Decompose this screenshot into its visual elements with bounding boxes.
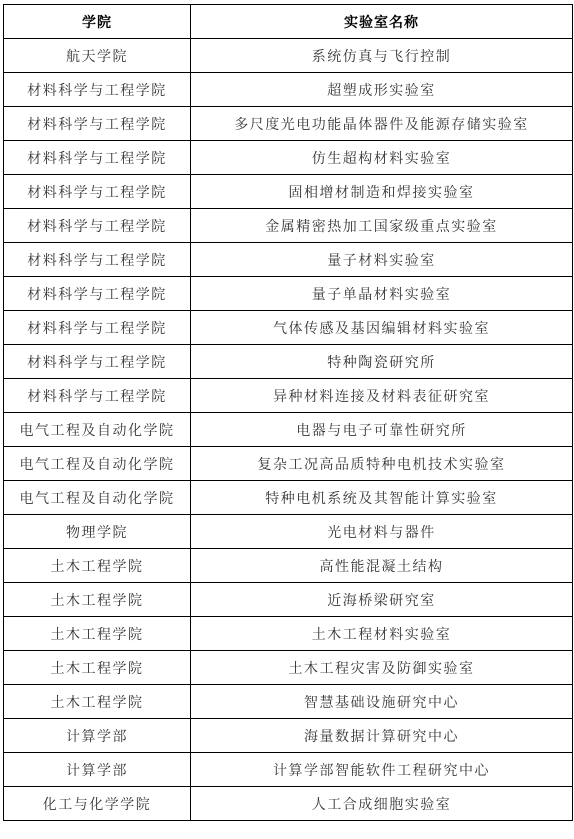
cell-college: 电气工程及自动化学院 — [4, 481, 191, 515]
table-row: 材料科学与工程学院超塑成形实验室 — [4, 73, 573, 107]
cell-college: 航天学院 — [4, 39, 191, 73]
table-row: 计算学部计算学部智能软件工程研究中心 — [4, 753, 573, 787]
table-row: 材料科学与工程学院仿生超构材料实验室 — [4, 141, 573, 175]
cell-college: 物理学院 — [4, 515, 191, 549]
cell-lab-name: 量子材料实验室 — [191, 243, 573, 277]
cell-college: 材料科学与工程学院 — [4, 311, 191, 345]
cell-college: 材料科学与工程学院 — [4, 73, 191, 107]
table-row: 材料科学与工程学院量子材料实验室 — [4, 243, 573, 277]
table-row: 土木工程学院土木工程材料实验室 — [4, 617, 573, 651]
table-row: 材料科学与工程学院固相增材制造和焊接实验室 — [4, 175, 573, 209]
cell-lab-name: 系统仿真与飞行控制 — [191, 39, 573, 73]
cell-lab-name: 人工合成细胞实验室 — [191, 787, 573, 821]
cell-college: 材料科学与工程学院 — [4, 107, 191, 141]
cell-lab-name: 异种材料连接及材料表征研究室 — [191, 379, 573, 413]
cell-lab-name: 近海桥梁研究室 — [191, 583, 573, 617]
cell-college: 电气工程及自动化学院 — [4, 447, 191, 481]
cell-lab-name: 复杂工况高品质特种电机技术实验室 — [191, 447, 573, 481]
cell-college: 土木工程学院 — [4, 583, 191, 617]
table-row: 电气工程及自动化学院复杂工况高品质特种电机技术实验室 — [4, 447, 573, 481]
table-body: 航天学院系统仿真与飞行控制材料科学与工程学院超塑成形实验室材料科学与工程学院多尺… — [4, 39, 573, 821]
cell-lab-name: 特种电机系统及其智能计算实验室 — [191, 481, 573, 515]
table-row: 材料科学与工程学院金属精密热加工国家级重点实验室 — [4, 209, 573, 243]
table-row: 材料科学与工程学院多尺度光电功能晶体器件及能源存储实验室 — [4, 107, 573, 141]
table-row: 材料科学与工程学院气体传感及基因编辑材料实验室 — [4, 311, 573, 345]
cell-lab-name: 智慧基础设施研究中心 — [191, 685, 573, 719]
header-lab-name: 实验室名称 — [191, 5, 573, 39]
cell-college: 材料科学与工程学院 — [4, 277, 191, 311]
table-row: 航天学院系统仿真与飞行控制 — [4, 39, 573, 73]
cell-lab-name: 仿生超构材料实验室 — [191, 141, 573, 175]
cell-college: 材料科学与工程学院 — [4, 243, 191, 277]
cell-lab-name: 计算学部智能软件工程研究中心 — [191, 753, 573, 787]
cell-college: 土木工程学院 — [4, 617, 191, 651]
cell-lab-name: 气体传感及基因编辑材料实验室 — [191, 311, 573, 345]
cell-lab-name: 土木工程材料实验室 — [191, 617, 573, 651]
cell-lab-name: 量子单晶材料实验室 — [191, 277, 573, 311]
table-row: 电气工程及自动化学院电器与电子可靠性研究所 — [4, 413, 573, 447]
table-row: 土木工程学院近海桥梁研究室 — [4, 583, 573, 617]
cell-college: 计算学部 — [4, 719, 191, 753]
table-row: 电气工程及自动化学院特种电机系统及其智能计算实验室 — [4, 481, 573, 515]
header-college: 学院 — [4, 5, 191, 39]
lab-table: 学院 实验室名称 航天学院系统仿真与飞行控制材料科学与工程学院超塑成形实验室材料… — [3, 4, 573, 821]
cell-college: 材料科学与工程学院 — [4, 345, 191, 379]
table-row: 土木工程学院土木工程灾害及防御实验室 — [4, 651, 573, 685]
cell-lab-name: 土木工程灾害及防御实验室 — [191, 651, 573, 685]
cell-college: 土木工程学院 — [4, 549, 191, 583]
cell-college: 化工与化学学院 — [4, 787, 191, 821]
cell-lab-name: 特种陶瓷研究所 — [191, 345, 573, 379]
cell-college: 材料科学与工程学院 — [4, 209, 191, 243]
table-row: 土木工程学院智慧基础设施研究中心 — [4, 685, 573, 719]
cell-college: 材料科学与工程学院 — [4, 379, 191, 413]
cell-lab-name: 海量数据计算研究中心 — [191, 719, 573, 753]
cell-lab-name: 高性能混凝土结构 — [191, 549, 573, 583]
cell-lab-name: 光电材料与器件 — [191, 515, 573, 549]
table-row: 物理学院光电材料与器件 — [4, 515, 573, 549]
cell-college: 计算学部 — [4, 753, 191, 787]
table-row: 土木工程学院高性能混凝土结构 — [4, 549, 573, 583]
cell-college: 材料科学与工程学院 — [4, 175, 191, 209]
table-row: 计算学部海量数据计算研究中心 — [4, 719, 573, 753]
cell-lab-name: 多尺度光电功能晶体器件及能源存储实验室 — [191, 107, 573, 141]
cell-college: 土木工程学院 — [4, 685, 191, 719]
cell-college: 材料科学与工程学院 — [4, 141, 191, 175]
cell-college: 土木工程学院 — [4, 651, 191, 685]
cell-college: 电气工程及自动化学院 — [4, 413, 191, 447]
table-row: 材料科学与工程学院异种材料连接及材料表征研究室 — [4, 379, 573, 413]
cell-lab-name: 电器与电子可靠性研究所 — [191, 413, 573, 447]
table-header-row: 学院 实验室名称 — [4, 5, 573, 39]
table-row: 材料科学与工程学院特种陶瓷研究所 — [4, 345, 573, 379]
cell-lab-name: 固相增材制造和焊接实验室 — [191, 175, 573, 209]
table-row: 化工与化学学院人工合成细胞实验室 — [4, 787, 573, 821]
table-row: 材料科学与工程学院量子单晶材料实验室 — [4, 277, 573, 311]
cell-lab-name: 金属精密热加工国家级重点实验室 — [191, 209, 573, 243]
cell-lab-name: 超塑成形实验室 — [191, 73, 573, 107]
